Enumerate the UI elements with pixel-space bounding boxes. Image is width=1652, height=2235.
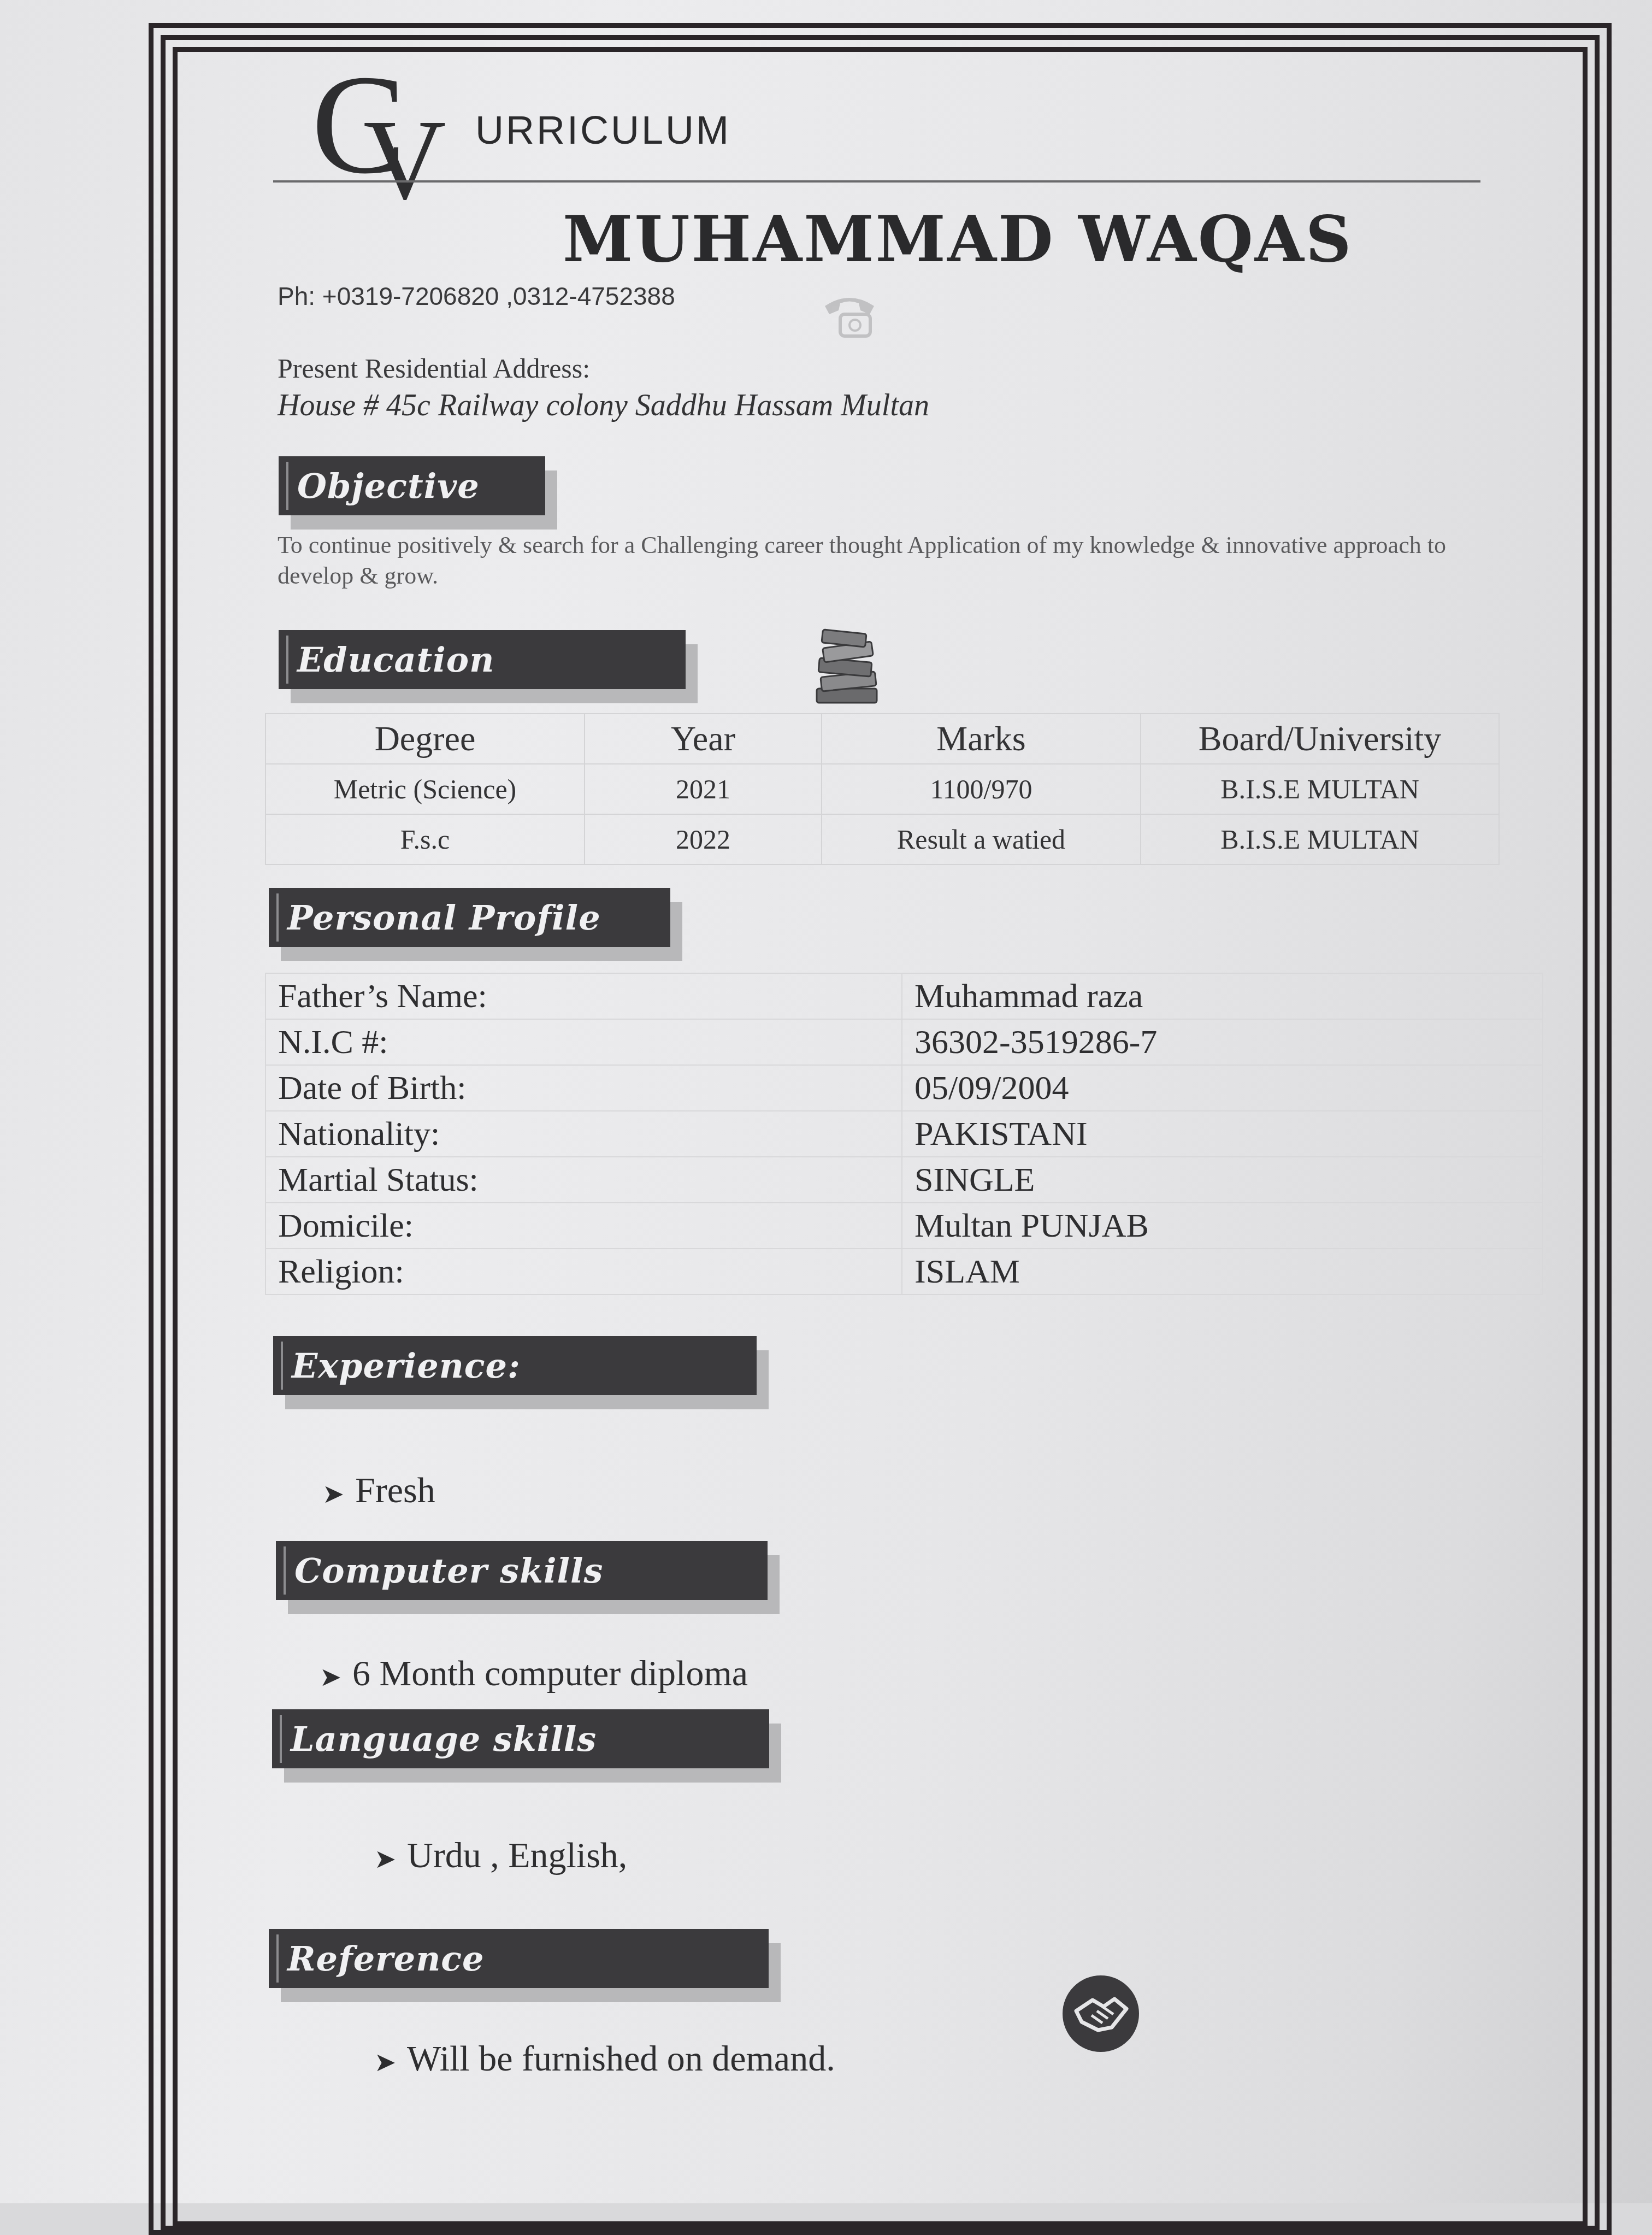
computer-skill-item: 6 Month computer diploma [352, 1654, 748, 1693]
field-label: Religion: [265, 1249, 902, 1295]
field-label: Domicile: [265, 1203, 902, 1249]
section-title: Objective [297, 466, 480, 506]
cv-logo: C V [311, 54, 453, 217]
field-value: 05/09/2004 [902, 1065, 1543, 1111]
section-title: Personal Profile [287, 898, 601, 938]
section-header-language-skills: Language skills [272, 1709, 769, 1768]
marks-cell: 1100/970 [822, 764, 1141, 814]
list-item: ➤Fresh [322, 1470, 435, 1511]
header-divider [273, 180, 1480, 183]
experience-item: Fresh [355, 1471, 435, 1510]
field-value: SINGLE [902, 1157, 1543, 1203]
personal-profile-table: Father’s Name:Muhammad raza N.I.C #:3630… [265, 973, 1543, 1295]
field-value: Multan PUNJAB [902, 1203, 1543, 1249]
section-header-experience: Experience: [273, 1336, 757, 1395]
education-header-row: Degree Year Marks Board/University [265, 714, 1499, 764]
arrowhead-bullet-icon: ➤ [322, 1479, 355, 1509]
field-label: N.I.C #: [265, 1019, 902, 1065]
phone-numbers: Ph: +0319-7206820 ,0312-4752388 [278, 281, 675, 311]
field-label: Date of Birth: [265, 1065, 902, 1111]
column-marks: Marks [822, 714, 1141, 764]
table-row: N.I.C #:36302-3519286-7 [265, 1019, 1543, 1065]
address-value: House # 45c Railway colony Saddhu Hassam… [278, 388, 929, 423]
section-header-education: Education [279, 630, 686, 689]
logo-word: URRICULUM [475, 108, 731, 153]
section-header-computer-skills: Computer skills [276, 1541, 768, 1600]
section-header-objective: Objective [279, 456, 545, 515]
board-cell: B.I.S.E MULTAN [1141, 814, 1499, 864]
field-value: PAKISTANI [902, 1111, 1543, 1157]
board-cell: B.I.S.E MULTAN [1141, 764, 1499, 814]
section-title: Experience: [292, 1346, 521, 1386]
year-cell: 2021 [585, 764, 822, 814]
column-board: Board/University [1141, 714, 1499, 764]
arrowhead-bullet-icon: ➤ [374, 2047, 407, 2078]
section-header-personal-profile: Personal Profile [269, 888, 670, 947]
handshake-icon [1060, 1973, 1142, 2055]
marks-cell: Result a watied [822, 814, 1141, 864]
section-header-reference: Reference [269, 1929, 769, 1988]
address-label: Present Residential Address: [278, 352, 590, 384]
section-title: Education [297, 640, 494, 680]
column-year: Year [585, 714, 822, 764]
arrowhead-bullet-icon: ➤ [320, 1662, 352, 1692]
field-label: Martial Status: [265, 1157, 902, 1203]
field-label: Father’s Name: [265, 973, 902, 1019]
section-title: Computer skills [294, 1551, 604, 1591]
language-item: Urdu , English, [407, 1836, 627, 1875]
field-value: 36302-3519286-7 [902, 1019, 1543, 1065]
degree-cell: Metric (Science) [265, 764, 585, 814]
table-row: Father’s Name:Muhammad raza [265, 973, 1543, 1019]
objective-text: To continue positively & search for a Ch… [278, 530, 1496, 591]
year-cell: 2022 [585, 814, 822, 864]
list-item: ➤Urdu , English, [374, 1835, 627, 1877]
field-label: Nationality: [265, 1111, 902, 1157]
candidate-name: MUHAMMAD WAQAS [563, 202, 1353, 277]
table-row: Date of Birth:05/09/2004 [265, 1065, 1543, 1111]
education-table: Degree Year Marks Board/University Metri… [265, 713, 1500, 865]
table-row: Religion:ISLAM [265, 1249, 1543, 1295]
column-degree: Degree [265, 714, 585, 764]
paper-sheet: C V URRICULUM MUHAMMAD WAQAS Ph: +0319-7… [0, 0, 1652, 2203]
field-value: Muhammad raza [902, 973, 1543, 1019]
table-row: Metric (Science) 2021 1100/970 B.I.S.E M… [265, 764, 1499, 814]
logo-letter-v: V [363, 103, 446, 217]
arrowhead-bullet-icon: ➤ [374, 1844, 407, 1874]
degree-cell: F.s.c [265, 814, 585, 864]
section-title: Language skills [291, 1719, 597, 1759]
table-row: F.s.c 2022 Result a watied B.I.S.E MULTA… [265, 814, 1499, 864]
telephone-icon [819, 290, 880, 339]
reference-item: Will be furnished on demand. [407, 2039, 835, 2079]
list-item: ➤6 Month computer diploma [320, 1653, 748, 1695]
list-item: ➤Will be furnished on demand. [374, 2038, 835, 2080]
table-row: Domicile:Multan PUNJAB [265, 1203, 1543, 1249]
field-value: ISLAM [902, 1249, 1543, 1295]
books-stack-icon [806, 628, 888, 710]
table-row: Nationality:PAKISTANI [265, 1111, 1543, 1157]
table-row: Martial Status:SINGLE [265, 1157, 1543, 1203]
section-title: Reference [287, 1939, 484, 1979]
